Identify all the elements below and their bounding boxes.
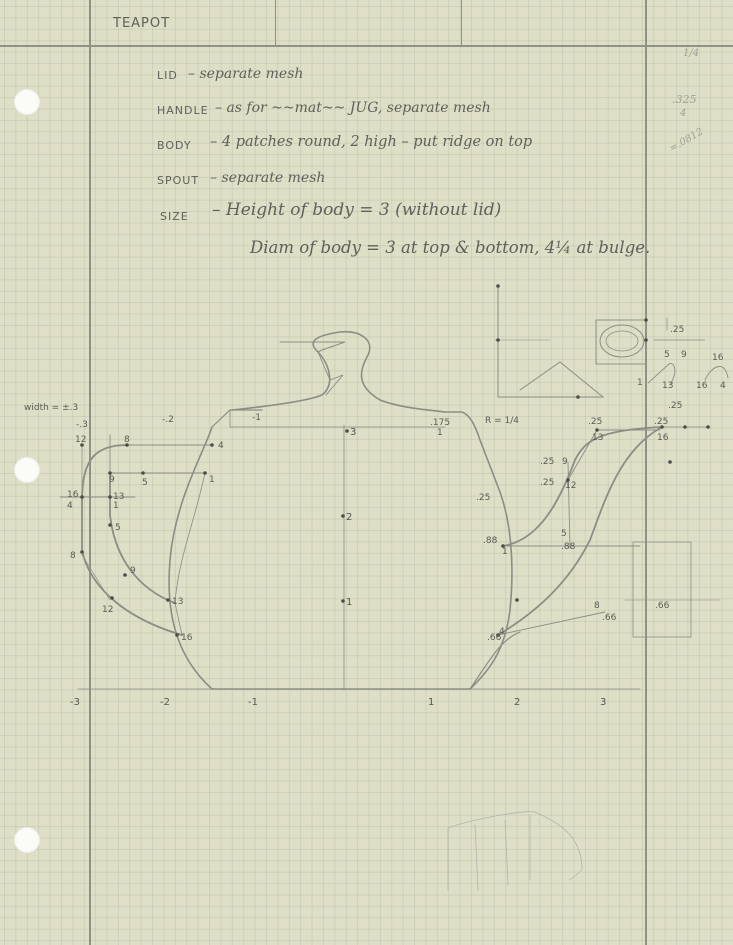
svg-text:13: 13 (592, 433, 603, 443)
svg-text:4: 4 (67, 501, 73, 511)
svg-text:.25: .25 (588, 417, 602, 427)
svg-text:12: 12 (75, 435, 86, 445)
svg-text:.88: .88 (483, 536, 498, 546)
svg-text:.25: .25 (654, 417, 668, 427)
svg-text:4: 4 (720, 381, 726, 391)
svg-text:9: 9 (562, 457, 568, 467)
y-tick-label: 2 (346, 512, 352, 523)
svg-text:.25: .25 (476, 493, 490, 503)
svg-text:R = 1/4: R = 1/4 (485, 416, 519, 426)
x-tick-label: 3 (600, 697, 606, 708)
svg-text:.66: .66 (655, 601, 670, 611)
teapot-profile-sketch: -3 -2 -1 1 2 3 1 2 3 width = ±.3 -.3 -.2… (0, 0, 733, 945)
x-tick-label: -3 (70, 697, 80, 708)
svg-text:1: 1 (502, 547, 508, 557)
svg-text:1: 1 (209, 475, 215, 485)
svg-text:16: 16 (657, 433, 669, 443)
svg-text:5: 5 (142, 478, 148, 488)
svg-text:16: 16 (181, 633, 193, 643)
svg-text:5: 5 (664, 350, 670, 360)
svg-text:8: 8 (594, 601, 600, 611)
svg-text:.25: .25 (540, 457, 554, 467)
svg-text:-.3: -.3 (76, 420, 88, 430)
svg-text:16: 16 (67, 490, 79, 500)
svg-text:8: 8 (70, 551, 76, 561)
svg-text:.88: .88 (561, 542, 576, 552)
svg-text:4: 4 (499, 627, 505, 637)
svg-text:.66: .66 (602, 613, 617, 623)
svg-text:5: 5 (115, 523, 121, 533)
svg-text:1: 1 (637, 378, 643, 388)
svg-text:9: 9 (681, 350, 687, 360)
svg-text:12: 12 (565, 481, 576, 491)
y-tick-label: 1 (346, 597, 352, 608)
y-tick-label: 3 (350, 427, 356, 438)
handle-outer (82, 445, 182, 635)
x-tick-label: -1 (248, 697, 258, 708)
svg-text:1: 1 (113, 501, 119, 511)
scanned-page: TEAPOT 1/4 .325 4 =.0812 LID – separate … (0, 0, 733, 945)
handle-width-note: width = ±.3 (24, 403, 78, 413)
svg-text:-.2: -.2 (162, 415, 174, 425)
svg-text:8: 8 (124, 435, 130, 445)
svg-text:5: 5 (561, 529, 567, 539)
svg-text:.25: .25 (670, 325, 684, 335)
svg-text:4: 4 (218, 441, 224, 451)
svg-text:16: 16 (712, 353, 724, 363)
x-tick-label: -2 (160, 697, 170, 708)
svg-text:.25: .25 (668, 401, 682, 411)
svg-text:16: 16 (696, 381, 708, 391)
svg-text:13: 13 (172, 597, 183, 607)
svg-text:.175: .175 (430, 418, 450, 428)
svg-text:12: 12 (102, 605, 113, 615)
svg-text:.25: .25 (540, 478, 554, 488)
x-tick-label: 2 (514, 697, 520, 708)
x-tick-label: 1 (428, 697, 434, 708)
spout-bottom (498, 427, 662, 635)
svg-text:9: 9 (109, 475, 115, 485)
svg-text:-1: -1 (252, 413, 261, 423)
svg-text:13: 13 (662, 381, 673, 391)
svg-text:9: 9 (130, 566, 136, 576)
svg-text:1: 1 (437, 428, 443, 438)
